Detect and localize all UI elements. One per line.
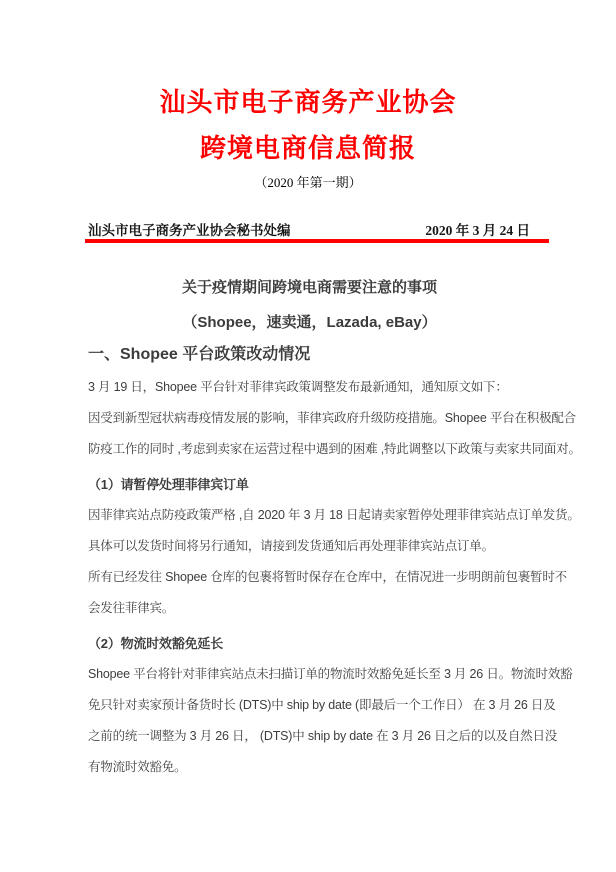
body-line: Shopee 平台将针对菲律宾站点未扫描订单的物流时效豁免延长至 3 月 26 … — [88, 659, 543, 690]
body-line: 所有已经发往 Shopee 仓库的包裹将暂时保存在仓库中，在情况进一步明朗前包裹… — [88, 562, 543, 593]
document-page: 汕头市电子商务产业协会 跨境电商信息简报 （2020 年第一期） 汕头市电子商务… — [0, 0, 616, 872]
body-line: 因菲律宾站点防疫政策严格 ,自 2020 年 3 月 18 日起请卖家暂停处理菲… — [88, 500, 543, 531]
body-line: 免只针对卖家预计备货时长 (DTS)中 ship by date (即最后一个工… — [88, 690, 543, 721]
body-line: 具体可以发货时间将另行通知，请接到发货通知后再处理菲律宾站点订单。 — [88, 531, 543, 562]
meta-row: 汕头市电子商务产业协会秘书处编 2020 年 3 月 24 日 — [88, 219, 530, 239]
sub-heading-1: （1）请暂停处理菲律宾订单 — [88, 469, 543, 500]
meta-editor: 汕头市电子商务产业协会秘书处编 — [88, 219, 291, 239]
sub-heading-2: （2）物流时效豁免延长 — [88, 628, 543, 659]
article-title: 关于疫情期间跨境电商需要注意的事项 — [88, 276, 531, 297]
body-line: 防疫工作的同时 ,考虑到卖家在运营过程中遇到的困难 ,特此调整以下政策与卖家共同… — [88, 434, 543, 465]
article-subtitle: （Shopee，速卖通，Lazada, eBay） — [88, 311, 531, 332]
article-body: 3 月 19 日，Shopee 平台针对菲律宾政策调整发布最新通知，通知原文如下… — [88, 372, 543, 783]
issue-label: （2020 年第一期） — [0, 172, 616, 191]
body-line: 有物流时效豁免。 — [88, 752, 543, 783]
masthead-title-line1: 汕头市电子商务产业协会 — [0, 82, 616, 119]
body-line: 3 月 19 日，Shopee 平台针对菲律宾政策调整发布最新通知，通知原文如下… — [88, 372, 543, 403]
meta-date: 2020 年 3 月 24 日 — [425, 219, 530, 239]
body-line: 因受到新型冠状病毒疫情发展的影响，菲律宾政府升级防疫措施。Shopee 平台在积… — [88, 403, 543, 434]
masthead-title-line2: 跨境电商信息简报 — [0, 128, 616, 165]
red-divider-rule — [85, 239, 549, 243]
section-heading-1: 一、Shopee 平台政策改动情况 — [88, 341, 310, 364]
body-line: 会发往菲律宾。 — [88, 593, 543, 624]
body-line: 之前的统一调整为 3 月 26 日， (DTS)中 ship by date 在… — [88, 721, 543, 752]
